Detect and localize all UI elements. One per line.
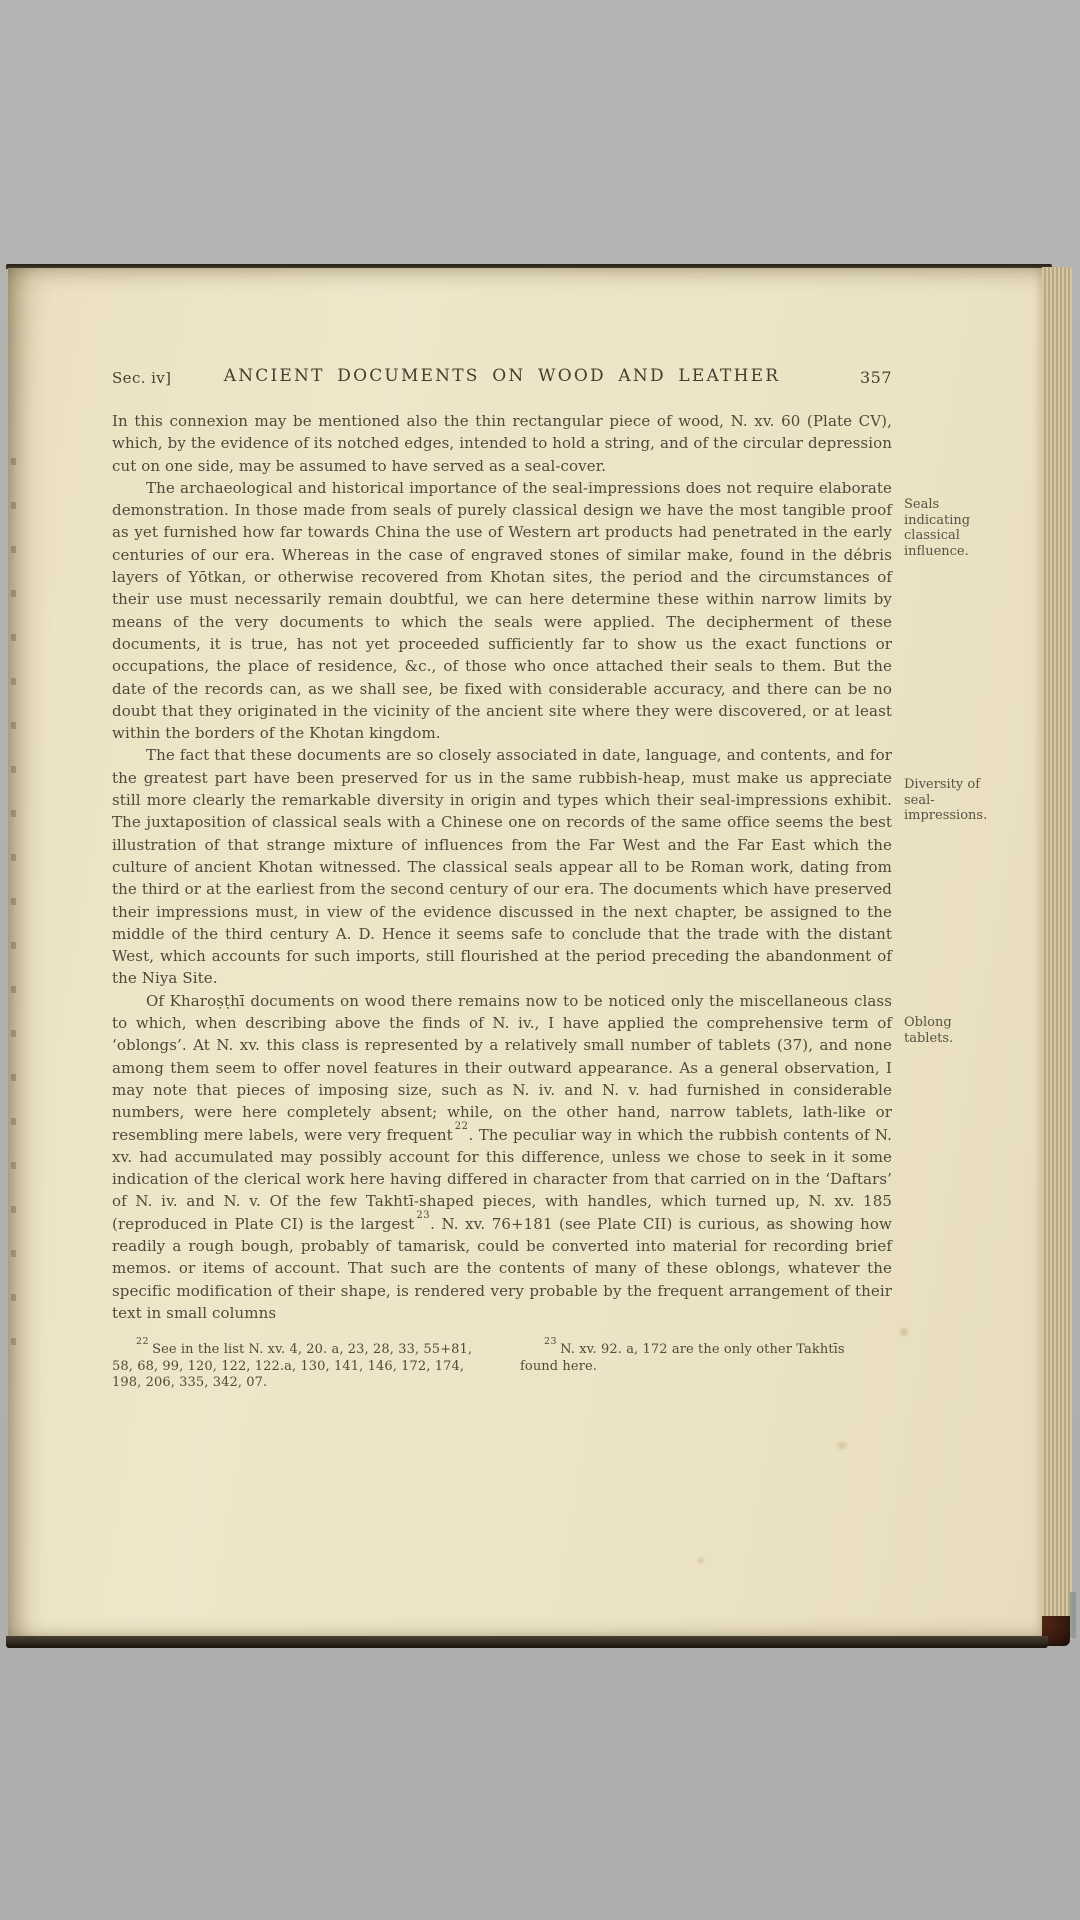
paragraph-text: The fact that these documents are so clo… <box>112 746 892 987</box>
paragraph-text: In this connexion may be mentioned also … <box>112 412 892 475</box>
running-title: ANCIENT DOCUMENTS ON WOOD AND LEATHER <box>182 366 822 386</box>
body-text: In this connexion may be mentioned also … <box>112 410 892 1392</box>
book-edge-sliver <box>1070 1592 1076 1638</box>
margin-note-oblong: Oblong tablets. <box>904 1015 988 1046</box>
book-scan: Sec. iv] ANCIENT DOCUMENTS ON WOOD AND L… <box>6 264 1072 1648</box>
footnote-text: N. xv. 92. a, 172 are the only other Tak… <box>520 1342 845 1374</box>
book-bottom-edge <box>6 1636 1048 1648</box>
footnote-paragraph: 23N. xv. 92. a, 172 are the only other T… <box>520 1342 870 1375</box>
margin-note-seals: Seals indicating classical influence. <box>904 497 988 559</box>
page-number: 357 <box>860 368 892 387</box>
footnote-23: 23N. xv. 92. a, 172 are the only other T… <box>520 1342 870 1392</box>
paragraph-text: The archaeological and historical import… <box>112 479 892 742</box>
footnote-marker-22: 22 <box>134 1336 152 1347</box>
foxing-spot <box>834 1440 850 1451</box>
footnote-22: 22See in the list N. xv. 4, 20. a, 23, 2… <box>112 1342 492 1392</box>
foxing-spot <box>696 1556 706 1565</box>
footnotes: 22See in the list N. xv. 4, 20. a, 23, 2… <box>112 1342 892 1392</box>
paragraph-3: The fact that these documents are so clo… <box>112 744 892 989</box>
book-fore-edge-pages <box>1042 267 1072 1640</box>
footnote-paragraph: 22See in the list N. xv. 4, 20. a, 23, 2… <box>112 1342 492 1392</box>
paragraph-1: In this connexion may be mentioned also … <box>112 410 892 477</box>
footnote-marker-23: 23 <box>542 1336 560 1347</box>
foxing-spot <box>898 1326 910 1338</box>
book-page: Sec. iv] ANCIENT DOCUMENTS ON WOOD AND L… <box>8 268 1042 1636</box>
section-label: Sec. iv] <box>112 369 171 387</box>
gutter-marks <box>11 458 16 1376</box>
footnote-ref-23: 23 <box>414 1210 430 1221</box>
footnote-ref-22: 22 <box>453 1121 469 1132</box>
paragraph-4: Of Kharoṣṭhī documents on wood there rem… <box>112 990 892 1324</box>
paragraph-2: The archaeological and historical import… <box>112 477 892 745</box>
page-header: Sec. iv] ANCIENT DOCUMENTS ON WOOD AND L… <box>112 366 892 392</box>
footnote-text: See in the list N. xv. 4, 20. a, 23, 28,… <box>112 1342 472 1390</box>
paragraph-text: Of Kharoṣṭhī documents on wood there rem… <box>112 992 892 1144</box>
margin-note-diversity: Diversity of seal-impressions. <box>904 777 988 824</box>
